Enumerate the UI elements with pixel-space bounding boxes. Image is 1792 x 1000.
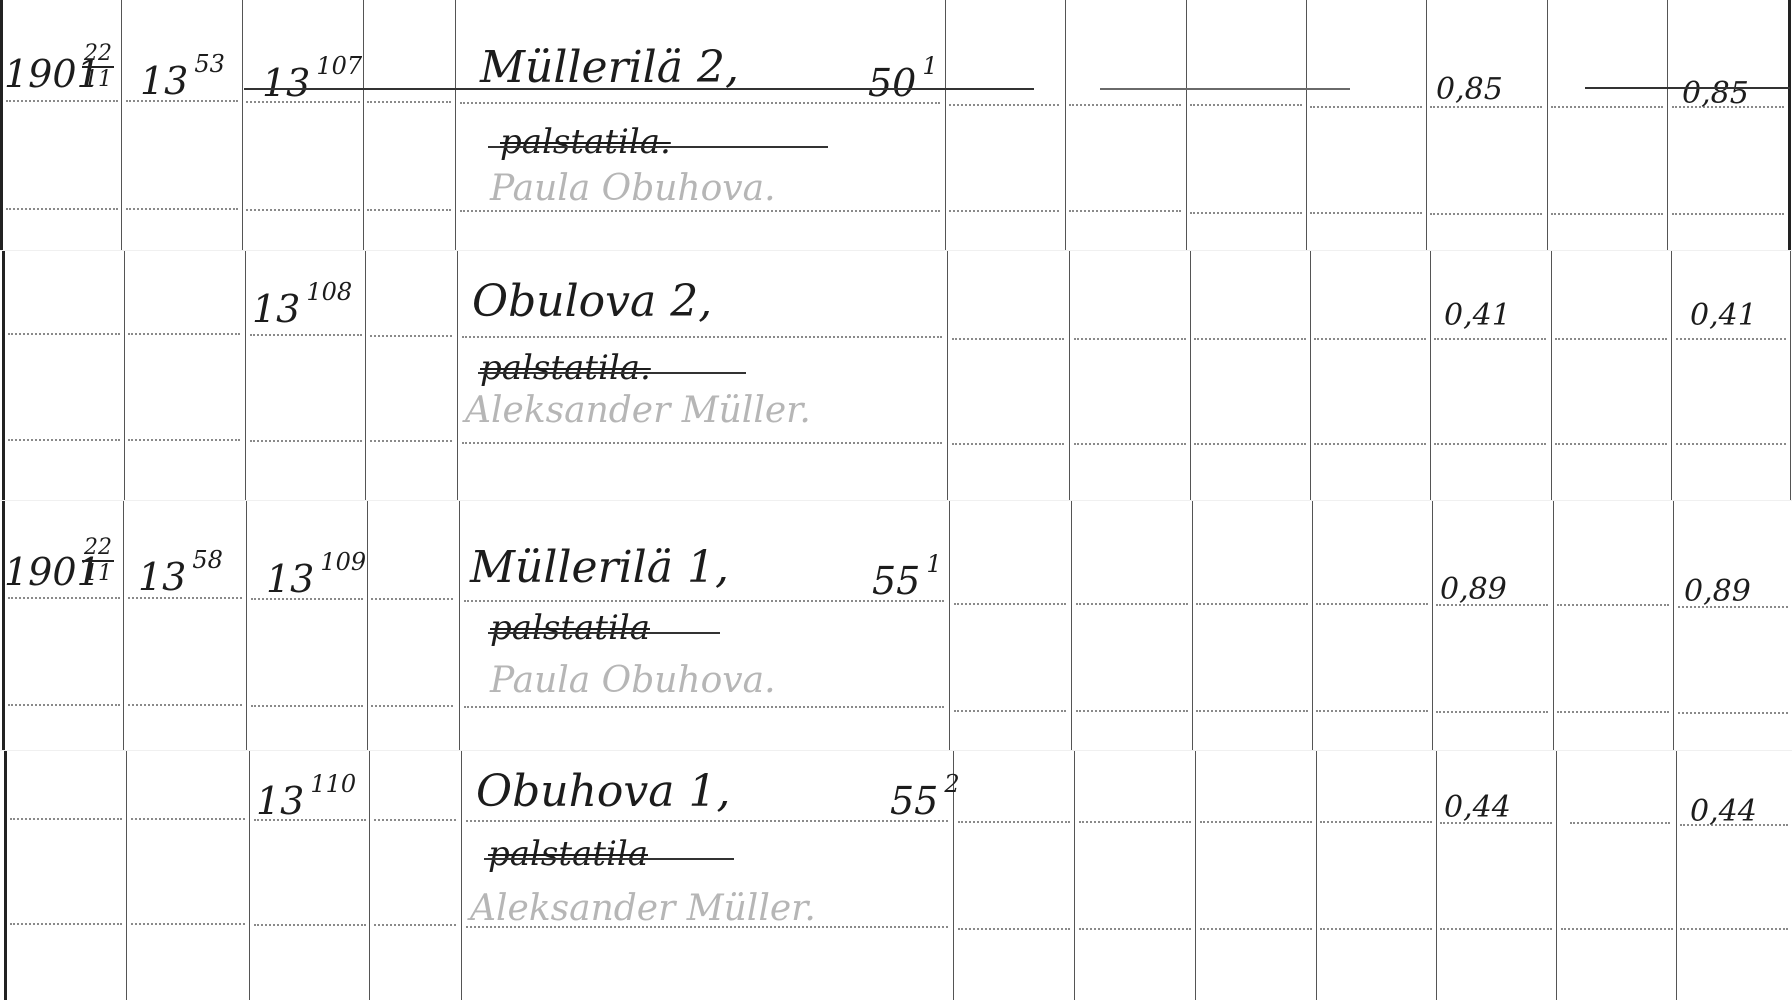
column-divider (1430, 250, 1431, 500)
date-day: 22 (82, 536, 114, 562)
dotted-rule (367, 209, 451, 211)
dotted-rule (462, 336, 942, 338)
column-divider (1432, 500, 1433, 750)
dotted-rule (10, 923, 122, 925)
column-divider (1190, 250, 1191, 500)
dotted-rule (1436, 711, 1548, 713)
reference-b: 13110 (256, 770, 356, 823)
dotted-rule (1570, 822, 1670, 824)
column-divider (1065, 0, 1066, 250)
column-divider (126, 750, 127, 1000)
reference-b-sup: 109 (320, 548, 366, 576)
dotted-rule (1314, 443, 1426, 445)
value-b: 0,44 (1690, 794, 1757, 829)
column-divider (2, 500, 5, 750)
property-type-struck: palstatila. (480, 348, 651, 388)
dotted-rule (8, 704, 120, 706)
scan-seam (0, 500, 1792, 501)
value-a: 0,85 (1436, 72, 1503, 107)
column-divider (1551, 250, 1552, 500)
dotted-rule (1680, 928, 1788, 930)
reference-a-base: 13 (138, 555, 186, 599)
dotted-rule (1200, 821, 1312, 823)
dotted-rule (1320, 821, 1432, 823)
dotted-rule (1200, 928, 1312, 930)
dotted-rule (1079, 928, 1191, 930)
column-divider (0, 0, 3, 250)
annotation-base: 50 (868, 61, 916, 105)
dotted-rule (958, 928, 1070, 930)
reference-b-sup: 107 (316, 52, 362, 80)
column-divider (455, 0, 456, 250)
column-divider (459, 500, 460, 750)
dotted-rule (1069, 210, 1181, 212)
dotted-rule (1190, 212, 1302, 214)
owner-name: Aleksander Müller. (470, 888, 816, 929)
column-divider (124, 250, 125, 500)
property-annotation: 551 (872, 550, 942, 603)
column-divider (369, 750, 370, 1000)
property-name: Obulova 2, (472, 276, 712, 327)
column-divider (1553, 500, 1554, 750)
reference-a: 1358 (138, 546, 223, 599)
column-divider (461, 750, 462, 1000)
dotted-rule (128, 704, 242, 706)
column-divider (1426, 0, 1427, 250)
column-divider (1186, 0, 1187, 250)
dotted-rule (131, 923, 245, 925)
ledger-entry-row: 13110 Obuhova 1, 552 palstatila Aleksand… (0, 750, 1792, 1000)
dotted-rule (1196, 710, 1308, 712)
dotted-rule (1320, 928, 1432, 930)
reference-b-base: 13 (262, 61, 310, 105)
dotted-rule (246, 209, 360, 211)
dotted-rule (8, 597, 120, 599)
column-divider (1074, 750, 1075, 1000)
property-name: Müllerilä 1, (470, 542, 729, 593)
dotted-rule (1310, 212, 1422, 214)
column-divider (1547, 0, 1548, 250)
column-divider (1312, 500, 1313, 750)
dotted-rule (464, 706, 944, 708)
scan-seam (0, 750, 1792, 751)
entry-date: 22 11 (82, 536, 114, 586)
dotted-rule (374, 819, 456, 821)
dotted-rule (371, 598, 453, 600)
column-divider (949, 500, 950, 750)
dotted-rule (952, 443, 1064, 445)
column-divider (1069, 250, 1070, 500)
dotted-rule (250, 440, 362, 442)
date-month: 11 (82, 68, 114, 92)
dotted-rule (1196, 603, 1308, 605)
entry-strikethrough-line (1585, 87, 1790, 89)
value-b: 0,85 (1682, 76, 1749, 111)
dotted-rule (1079, 821, 1191, 823)
column-divider (246, 500, 247, 750)
reference-b-base: 13 (266, 557, 314, 601)
dotted-rule (462, 442, 942, 444)
dotted-rule (371, 705, 453, 707)
dotted-rule (1434, 338, 1546, 340)
strike-line (484, 858, 734, 860)
column-divider (1667, 0, 1668, 250)
column-divider (1195, 750, 1196, 1000)
dotted-rule (1194, 443, 1306, 445)
reference-b: 13108 (252, 278, 352, 331)
column-divider (1316, 750, 1317, 1000)
reference-a-sup: 53 (194, 50, 225, 78)
dotted-rule (1076, 603, 1188, 605)
column-divider (945, 0, 946, 250)
reference-a-base: 13 (140, 59, 188, 103)
column-divider (121, 0, 122, 250)
column-divider (1790, 250, 1791, 500)
dotted-rule (1316, 710, 1428, 712)
strike-line (488, 146, 828, 148)
dotted-rule (1557, 604, 1669, 606)
column-divider (1556, 750, 1557, 1000)
value-b: 0,41 (1690, 298, 1757, 333)
owner-name: Aleksander Müller. (465, 390, 811, 431)
value-b: 0,89 (1684, 574, 1751, 609)
dotted-rule (1555, 443, 1667, 445)
dotted-rule (954, 603, 1066, 605)
property-name: Müllerilä 2, (480, 42, 739, 93)
dotted-rule (1434, 443, 1546, 445)
dotted-rule (6, 100, 118, 102)
column-divider (2, 250, 5, 500)
strike-line (488, 632, 720, 634)
dotted-rule (1316, 603, 1428, 605)
dotted-rule (1440, 928, 1552, 930)
dotted-rule (374, 924, 456, 926)
column-divider (1671, 250, 1672, 500)
reference-b-base: 13 (256, 779, 304, 823)
dotted-rule (1551, 213, 1663, 215)
value-a: 0,89 (1440, 572, 1507, 607)
annotation-sup: 1 (922, 52, 937, 80)
dotted-rule (8, 333, 120, 335)
ledger-entry-row: 13108 Obulova 2, palstatila. Aleksander … (0, 250, 1792, 500)
dotted-rule (466, 820, 948, 822)
dotted-rule (251, 705, 363, 707)
entry-date: 22 11 (82, 42, 114, 92)
dotted-rule (1314, 338, 1426, 340)
date-day: 22 (82, 42, 114, 68)
dotted-rule (1076, 710, 1188, 712)
dotted-rule (1561, 928, 1673, 930)
dotted-rule (1190, 104, 1302, 106)
property-type-struck: palstatila (490, 608, 650, 648)
ledger-entry-row: 1901 22 11 1358 13109 Müllerilä 1, 551 p… (0, 500, 1792, 750)
reference-b: 13109 (266, 548, 366, 601)
dotted-rule (954, 710, 1066, 712)
column-divider (249, 750, 250, 1000)
annotation-sup: 2 (944, 770, 959, 798)
column-divider (245, 250, 246, 500)
dotted-rule (949, 210, 1059, 212)
column-divider (1788, 0, 1791, 250)
column-divider (365, 250, 366, 500)
ledger-entry-row: 1901 22 11 1353 13107 Müllerilä 2, 501 p… (0, 0, 1792, 250)
column-divider (1071, 500, 1072, 750)
dotted-rule (8, 439, 120, 441)
annotation-base: 55 (872, 559, 920, 603)
dotted-rule (1676, 338, 1786, 340)
annotation-sup: 1 (926, 550, 941, 578)
reference-a-sup: 58 (192, 546, 223, 574)
column-divider (1306, 0, 1307, 250)
property-name: Obuhova 1, (476, 766, 730, 817)
value-a: 0,44 (1444, 790, 1511, 825)
dotted-rule (370, 440, 452, 442)
dotted-rule (1555, 338, 1667, 340)
reference-a: 1353 (140, 50, 225, 103)
entry-strikethrough-line (1100, 88, 1350, 90)
reference-b-base: 13 (252, 287, 300, 331)
property-type-struck: palstatila (488, 834, 648, 874)
column-divider (1310, 250, 1311, 500)
column-divider (457, 250, 458, 500)
dotted-rule (949, 104, 1059, 106)
dotted-rule (1074, 443, 1186, 445)
dotted-rule (1672, 213, 1784, 215)
annotation-base: 55 (890, 779, 938, 823)
column-divider (1436, 750, 1437, 1000)
entry-strikethrough-line (244, 88, 1034, 90)
value-a: 0,41 (1444, 298, 1511, 333)
dotted-rule (367, 101, 451, 103)
scan-seam (0, 250, 1792, 251)
dotted-rule (1430, 213, 1542, 215)
dotted-rule (6, 208, 118, 210)
owner-name: Paula Obuhova. (490, 660, 776, 701)
column-divider (1676, 750, 1677, 1000)
dotted-rule (952, 338, 1064, 340)
dotted-rule (1551, 106, 1663, 108)
column-divider (947, 250, 948, 500)
owner-name: Paula Obuhova. (490, 168, 776, 209)
date-month: 11 (82, 562, 114, 586)
column-divider (363, 0, 364, 250)
dotted-rule (128, 439, 240, 441)
property-annotation: 501 (868, 52, 938, 105)
column-divider (1192, 500, 1193, 750)
dotted-rule (1310, 106, 1422, 108)
dotted-rule (254, 924, 366, 926)
column-divider (242, 0, 243, 250)
property-annotation: 552 (890, 770, 960, 823)
column-divider (4, 750, 7, 1000)
dotted-rule (370, 335, 452, 337)
dotted-rule (126, 208, 238, 210)
dotted-rule (1678, 712, 1788, 714)
reference-b-sup: 108 (306, 278, 352, 306)
strike-line (478, 372, 746, 374)
dotted-rule (128, 333, 240, 335)
property-type-struck: palstatila. (500, 122, 671, 162)
dotted-rule (1557, 711, 1669, 713)
dotted-rule (1194, 338, 1306, 340)
dotted-rule (131, 818, 245, 820)
dotted-rule (250, 334, 362, 336)
reference-b: 13107 (262, 52, 362, 105)
dotted-rule (1069, 104, 1181, 106)
column-divider (123, 500, 124, 750)
column-divider (367, 500, 368, 750)
dotted-rule (460, 210, 940, 212)
dotted-rule (10, 818, 122, 820)
dotted-rule (1676, 443, 1786, 445)
column-divider (1673, 500, 1674, 750)
dotted-rule (958, 821, 1070, 823)
ledger-page: 1901 22 11 1353 13107 Müllerilä 2, 501 p… (0, 0, 1792, 1000)
reference-b-sup: 110 (310, 770, 356, 798)
dotted-rule (1074, 338, 1186, 340)
